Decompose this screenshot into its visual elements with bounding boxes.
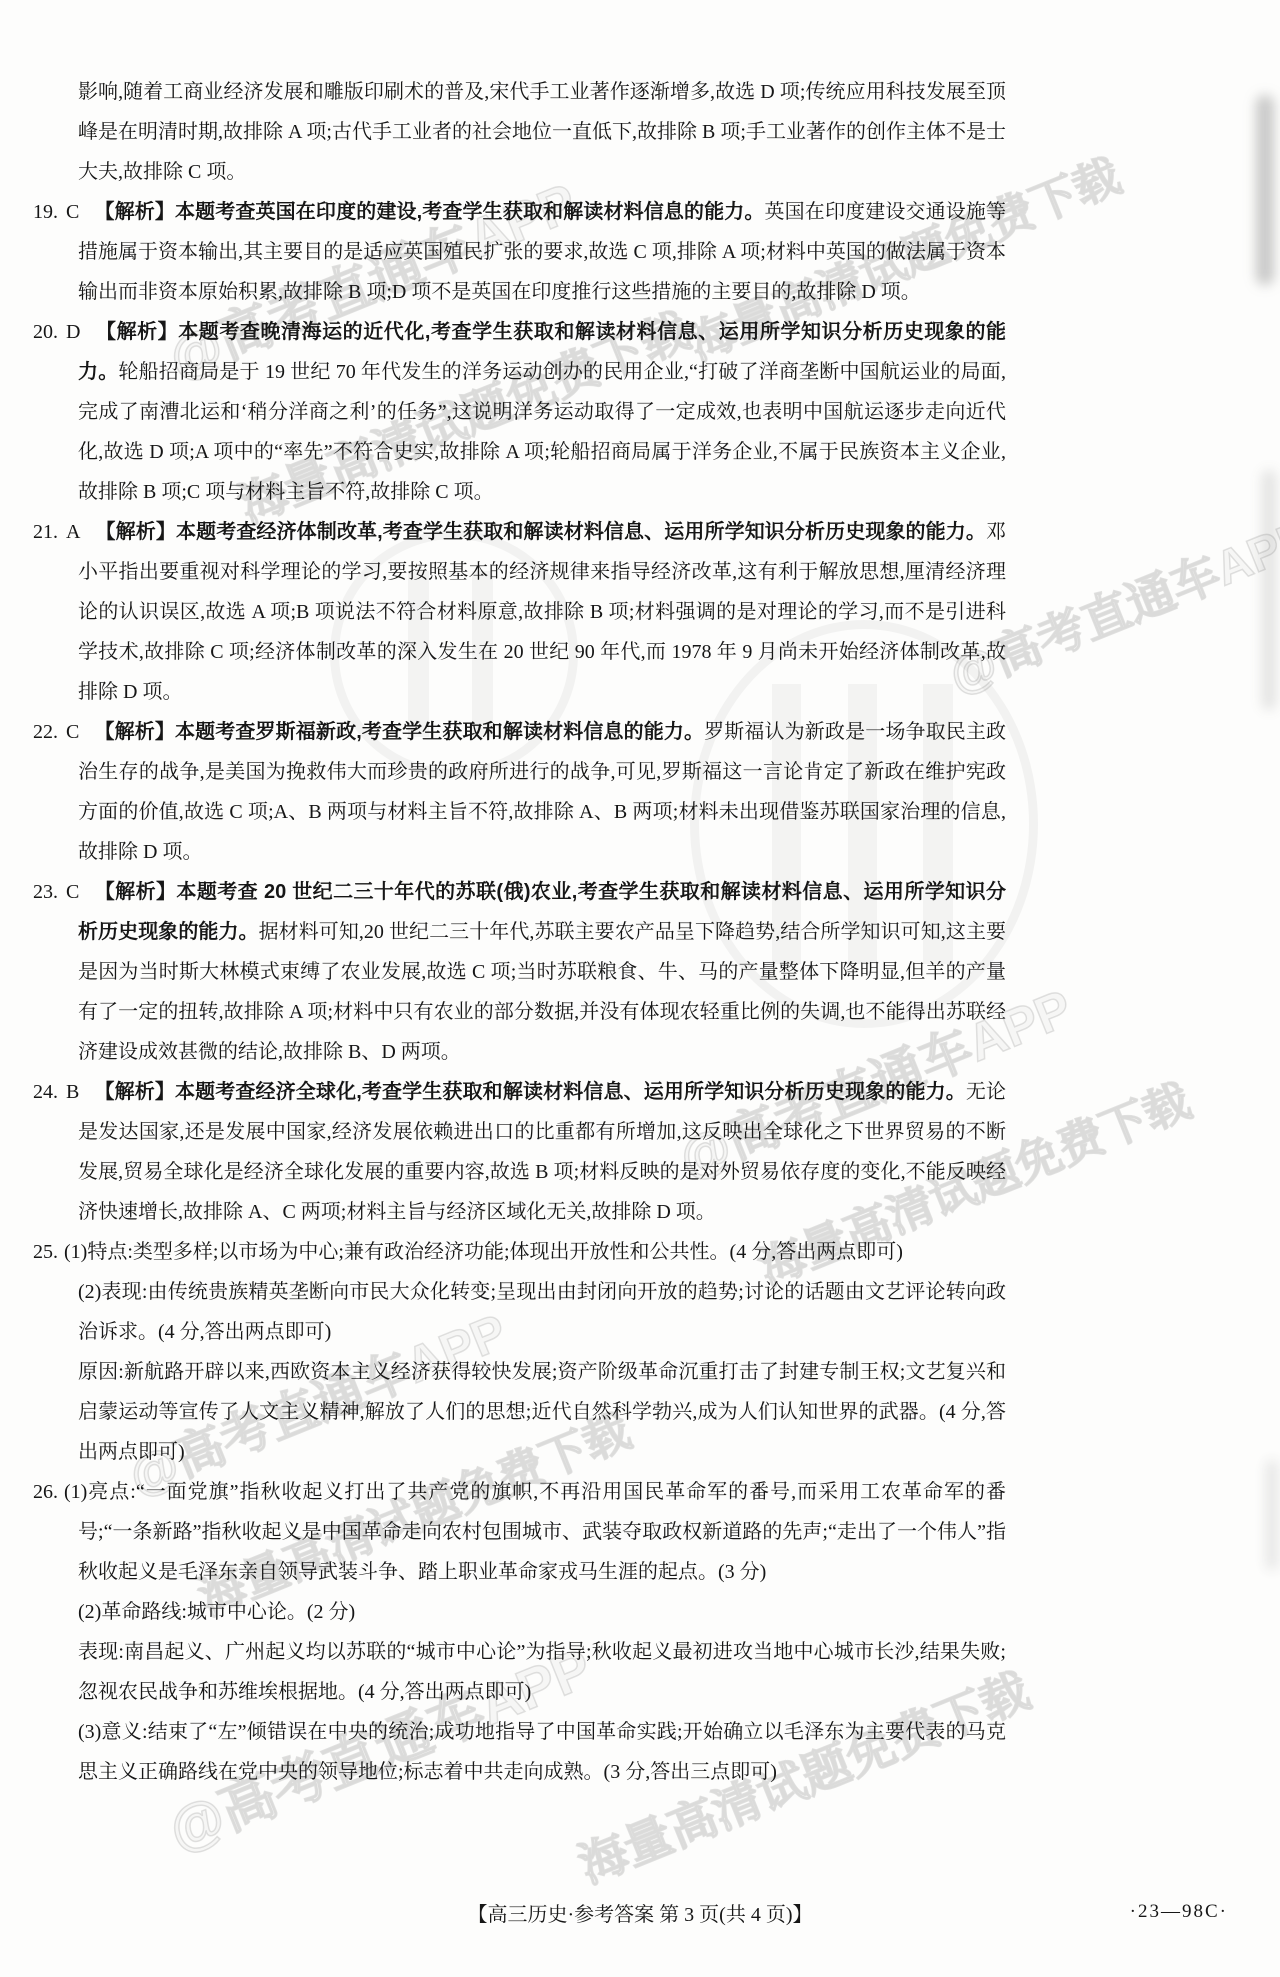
answer-item-22: 22.C【解析】本题考查罗斯福新政,考查学生获取和解读材料信息的能力。罗斯福认为… bbox=[33, 712, 1006, 872]
answer-part: (3)意义:结束了“左”倾错误在中央的统治;成功地指导了中国革命实践;开始确立以… bbox=[33, 1712, 1006, 1792]
opening-text: 影响,随着工商业经济发展和雕版印刷术的普及,宋代手工业著作逐渐增多,故选 D 项… bbox=[78, 81, 1006, 183]
question-number: 23. bbox=[33, 881, 58, 903]
answer-letter: C bbox=[66, 721, 79, 743]
analysis-heading: 【解析】本题考查英国在印度的建设,考查学生获取和解读材料信息的能力。 bbox=[94, 201, 764, 223]
page-code: ·23—98C· bbox=[1130, 1901, 1228, 1923]
answer-part: 表现:南昌起义、广州起义均以苏联的“城市中心论”为指导;秋收起义最初进攻当地中心… bbox=[33, 1632, 1006, 1712]
answer-letter: A bbox=[66, 521, 80, 543]
answer-part-text: (1)特点:类型多样;以市场为中心;兼有政治经济功能;体现出开放性和公共性。(4… bbox=[64, 1241, 903, 1263]
answer-part: 25.(1)特点:类型多样;以市场为中心;兼有政治经济功能;体现出开放性和公共性… bbox=[33, 1232, 1006, 1272]
question-number: 20. bbox=[33, 321, 58, 343]
scan-smudge bbox=[1262, 470, 1276, 710]
question-number: 26. bbox=[33, 1481, 58, 1503]
answer-item-21: 21.A【解析】本题考查经济体制改革,考查学生获取和解读材料信息、运用所学知识分… bbox=[33, 512, 1006, 712]
page: @高考直通车APP 海量高清试题免费下载 海量高清试题免费下载 @高考直通车AP… bbox=[0, 0, 1280, 1977]
answer-part-text: 表现:南昌起义、广州起义均以苏联的“城市中心论”为指导;秋收起义最初进攻当地中心… bbox=[78, 1641, 1006, 1703]
answer-part-text: (2)表现:由传统贵族精英垄断向市民大众化转变;呈现出由封闭向开放的趋势;讨论的… bbox=[78, 1281, 1006, 1343]
opening-paragraph: 影响,随着工商业经济发展和雕版印刷术的普及,宋代手工业著作逐渐增多,故选 D 项… bbox=[33, 72, 1006, 192]
answer-part: 26.(1)亮点:“一面党旗”指秋收起义打出了共产党的旗帜,不再沿用国民革命军的… bbox=[33, 1472, 1006, 1592]
question-number: 24. bbox=[33, 1081, 58, 1103]
answer-letter: D bbox=[66, 321, 80, 343]
question-number: 22. bbox=[33, 721, 58, 743]
answer-part-text: (2)革命路线:城市中心论。(2 分) bbox=[78, 1601, 355, 1623]
answer-part-text: 原因:新航路开辟以来,西欧资本主义经济获得较快发展;资产阶级革命沉重打击了封建专… bbox=[78, 1361, 1006, 1463]
analysis-heading: 【解析】本题考查经济全球化,考查学生获取和解读材料信息、运用所学知识分析历史现象… bbox=[94, 1081, 966, 1103]
page-footer: 【高三历史·参考答案 第 3 页(共 4 页)】 bbox=[0, 1898, 1280, 1927]
question-number: 19. bbox=[33, 201, 58, 223]
answer-part: (2)革命路线:城市中心论。(2 分) bbox=[33, 1592, 1006, 1632]
answer-letter: B bbox=[66, 1081, 79, 1103]
analysis-heading: 【解析】本题考查罗斯福新政,考查学生获取和解读材料信息的能力。 bbox=[94, 721, 704, 743]
answer-letter: C bbox=[66, 881, 79, 903]
answer-part: 原因:新航路开辟以来,西欧资本主义经济获得较快发展;资产阶级革命沉重打击了封建专… bbox=[33, 1352, 1006, 1472]
answer-item-24: 24.B【解析】本题考查经济全球化,考查学生获取和解读材料信息、运用所学知识分析… bbox=[33, 1072, 1006, 1232]
question-number: 25. bbox=[33, 1241, 58, 1263]
analysis-body: 轮船招商局是于 19 世纪 70 年代发生的洋务运动创办的民用企业,“打破了洋商… bbox=[78, 361, 1006, 503]
answer-item-26: 26.(1)亮点:“一面党旗”指秋收起义打出了共产党的旗帜,不再沿用国民革命军的… bbox=[33, 1472, 1006, 1792]
answer-item-23: 23.C【解析】本题考查 20 世纪二三十年代的苏联(俄)农业,考查学生获取和解… bbox=[33, 872, 1006, 1072]
scan-smudge bbox=[1266, 1460, 1278, 1570]
answer-part-text: (1)亮点:“一面党旗”指秋收起义打出了共产党的旗帜,不再沿用国民革命军的番号,… bbox=[64, 1481, 1006, 1583]
answer-part: (2)表现:由传统贵族精英垄断向市民大众化转变;呈现出由封闭向开放的趋势;讨论的… bbox=[33, 1272, 1006, 1352]
answer-item-20: 20.D【解析】本题考查晚清海运的近代化,考查学生获取和解读材料信息、运用所学知… bbox=[33, 312, 1006, 512]
analysis-body: 邓小平指出要重视对科学理论的学习,要按照基本的经济规律来指导经济改革,这有利于解… bbox=[78, 521, 1006, 703]
answer-item-25: 25.(1)特点:类型多样;以市场为中心;兼有政治经济功能;体现出开放性和公共性… bbox=[33, 1232, 1006, 1472]
answer-letter: C bbox=[66, 201, 79, 223]
answer-key-content: 影响,随着工商业经济发展和雕版印刷术的普及,宋代手工业著作逐渐增多,故选 D 项… bbox=[33, 72, 1006, 1792]
answer-item-19: 19.C【解析】本题考查英国在印度的建设,考查学生获取和解读材料信息的能力。英国… bbox=[33, 192, 1006, 312]
question-number: 21. bbox=[33, 521, 58, 543]
scan-smudge bbox=[1256, 95, 1274, 285]
analysis-heading: 【解析】本题考查经济体制改革,考查学生获取和解读材料信息、运用所学知识分析历史现… bbox=[95, 521, 986, 543]
answer-part-text: (3)意义:结束了“左”倾错误在中央的统治;成功地指导了中国革命实践;开始确立以… bbox=[78, 1721, 1006, 1783]
